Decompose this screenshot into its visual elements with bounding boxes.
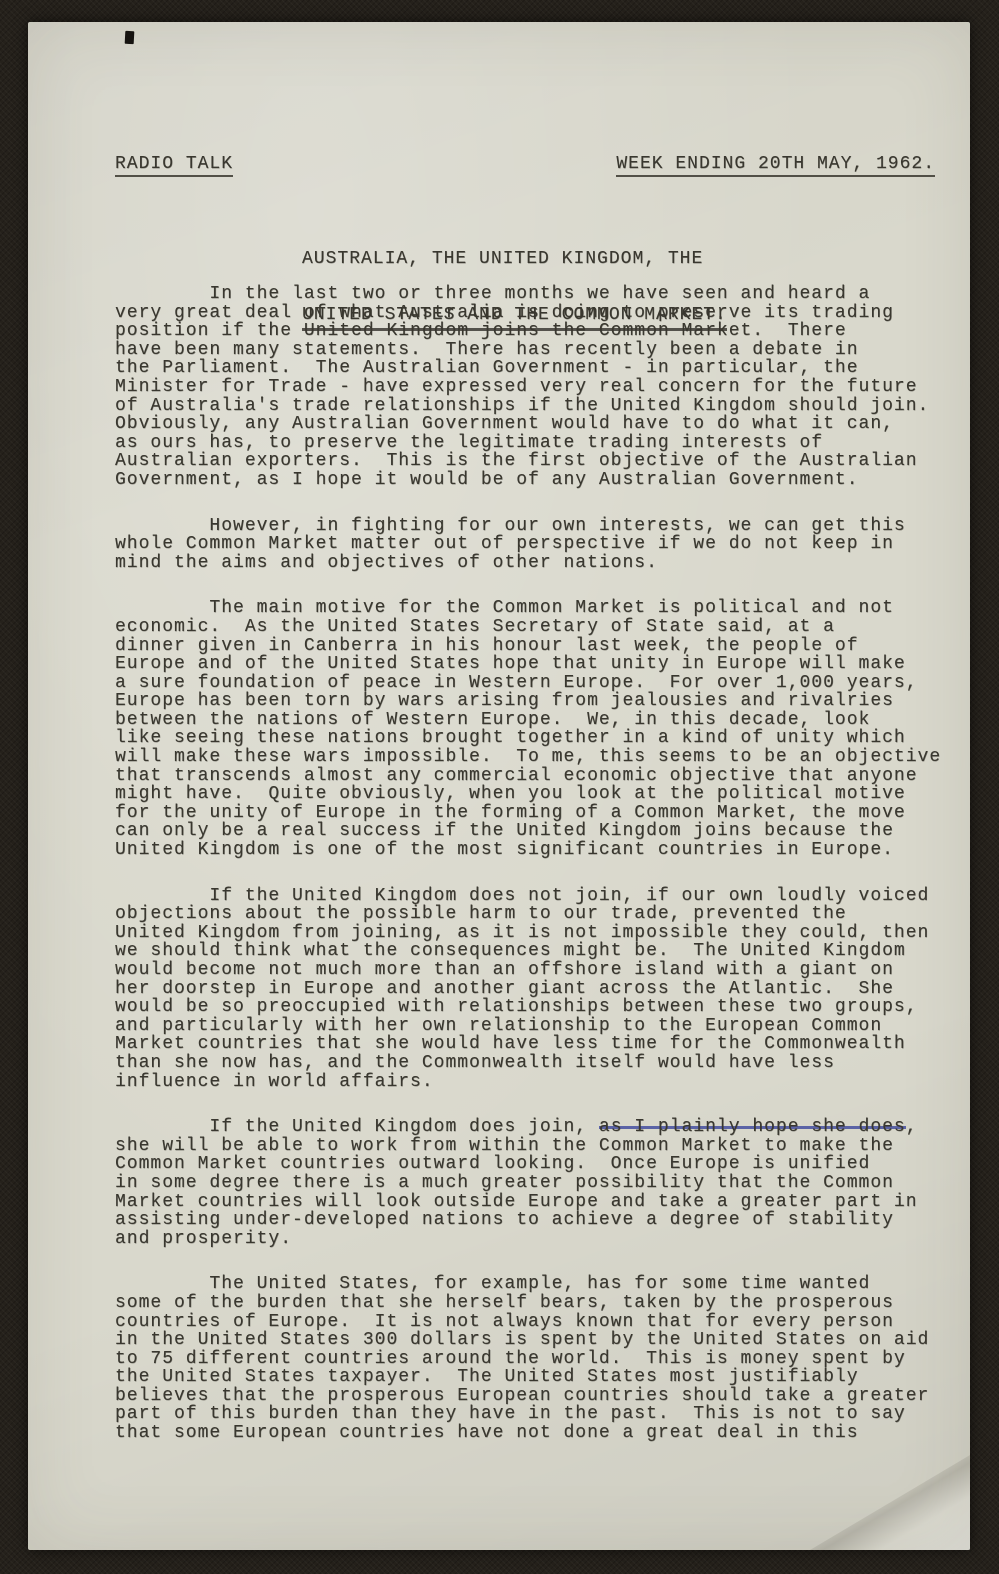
paragraph-5-pre: If the United Kingdom does join, xyxy=(115,1117,599,1137)
paragraph-6: The United States, for example, has for … xyxy=(115,1275,955,1442)
paragraph-5-post: , she will be able to work from within t… xyxy=(115,1117,918,1249)
paragraph-3: The main motive for the Common Market is… xyxy=(115,599,955,859)
paragraph-1: In the last two or three months we have … xyxy=(115,285,955,490)
paragraph-2: However, in fighting for our own interes… xyxy=(115,517,955,573)
paragraph-5: If the United Kingdom does join, as I pl… xyxy=(115,1118,955,1248)
doc-type-heading: RADIO TALK xyxy=(115,155,233,177)
document-body: In the last two or three months we have … xyxy=(115,285,955,1470)
paragraph-4: If the United Kingdom does not join, if … xyxy=(115,887,955,1092)
document-page: RADIO TALK WEEK ENDING 20TH MAY, 1962. A… xyxy=(28,22,970,1550)
staple-mark xyxy=(125,31,135,44)
title-line-1: AUSTRALIA, THE UNITED KINGDOM, THE xyxy=(302,250,727,269)
date-heading: WEEK ENDING 20TH MAY, 1962. xyxy=(616,155,935,177)
document-header: RADIO TALK WEEK ENDING 20TH MAY, 1962. xyxy=(115,155,935,177)
struck-text: as I plainly hope she does xyxy=(599,1117,906,1137)
